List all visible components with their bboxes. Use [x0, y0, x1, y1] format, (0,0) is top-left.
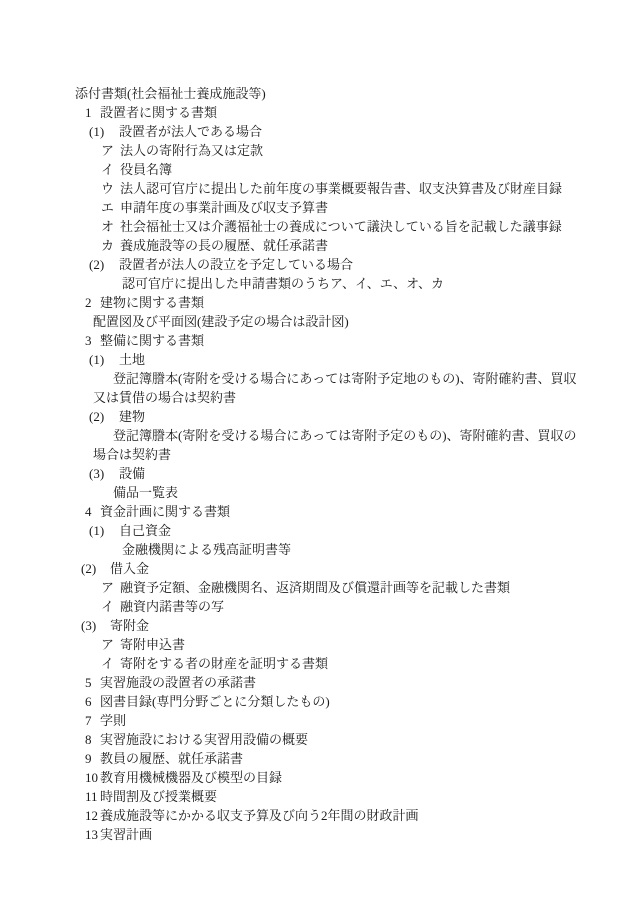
line-marker: イ: [101, 597, 120, 616]
line-text: 実習計画: [100, 825, 152, 844]
document-line: 配置図及び平面図(建設予定の場合は設計図): [0, 312, 630, 331]
line-text: 時間割及び授業概要: [100, 787, 217, 806]
document-lines: 添付書類(社会福祉士養成施設等)1設置者に関する書類(1)設置者が法人である場合…: [0, 84, 630, 844]
document-line: 5実習施設の設置者の承諾書: [0, 673, 630, 692]
line-marker: (2): [89, 255, 119, 274]
document-line: (2)設置者が法人の設立を予定している場合: [0, 255, 630, 274]
line-marker: イ: [101, 654, 120, 673]
line-text: 整備に関する書類: [100, 331, 204, 350]
document-line: 13実習計画: [0, 825, 630, 844]
document-line: 9教員の履歴、就任承諾書: [0, 749, 630, 768]
line-marker: (1): [89, 350, 119, 369]
line-marker: (3): [89, 464, 119, 483]
line-text: 建物: [119, 407, 145, 426]
line-marker: ア: [101, 578, 120, 597]
document-line: カ養成施設等の長の履歴、就任承諾書: [0, 236, 630, 255]
line-marker: 6: [85, 692, 100, 711]
document-line: 3整備に関する書類: [0, 331, 630, 350]
document-line: 場合は契約書: [0, 445, 630, 464]
line-marker: (1): [89, 122, 119, 141]
line-text: 学則: [100, 711, 126, 730]
line-text: 設置者に関する書類: [100, 103, 217, 122]
line-text: 申請年度の事業計画及び収支予算書: [120, 198, 328, 217]
line-text: 場合は契約書: [93, 445, 171, 464]
line-marker: 12: [85, 806, 100, 825]
page-title: 添付書類(社会福祉士養成施設等): [75, 84, 266, 103]
line-text: 備品一覧表: [113, 483, 178, 502]
document-line: 12養成施設等にかかる収支予算及び向う2年間の財政計画: [0, 806, 630, 825]
line-text: 自己資金: [119, 521, 171, 540]
document-line: 登記簿謄本(寄附を受ける場合にあっては寄附予定のもの)、寄附確約書、買収の: [0, 426, 630, 445]
document-line: ア融資予定額、金融機関名、返済期間及び償還計画等を記載した書類: [0, 578, 630, 597]
line-marker: 13: [85, 825, 100, 844]
line-marker: エ: [101, 198, 120, 217]
document-line: イ融資内諾書等の写: [0, 597, 630, 616]
line-marker: 2: [85, 293, 100, 312]
line-marker: (1): [89, 521, 119, 540]
line-text: 寄附申込書: [120, 635, 185, 654]
line-marker: イ: [101, 160, 120, 179]
document-line: オ社会福祉士又は介護福祉士の養成について議決している旨を記載した議事録: [0, 217, 630, 236]
line-marker: ア: [101, 141, 120, 160]
line-text: 設置者が法人である場合: [119, 122, 262, 141]
line-marker: カ: [101, 236, 120, 255]
line-text: 金融機関による残高証明書等: [122, 540, 291, 559]
line-marker: ア: [101, 635, 120, 654]
document-line: ア法人の寄附行為又は定款: [0, 141, 630, 160]
line-text: 養成施設等の長の履歴、就任承諾書: [120, 236, 328, 255]
line-text: 建物に関する書類: [100, 293, 204, 312]
line-text: 図書目録(専門分野ごとに分類したもの): [100, 692, 330, 711]
line-text: 寄附をする者の財産を証明する書類: [120, 654, 328, 673]
document-line: (2)借入金: [0, 559, 630, 578]
line-text: 養成施設等にかかる収支予算及び向う2年間の財政計画: [100, 806, 419, 825]
line-marker: 1: [85, 103, 100, 122]
line-text: 資金計画に関する書類: [100, 502, 230, 521]
line-text: 登記簿謄本(寄附を受ける場合にあっては寄附予定のもの)、寄附確約書、買収の: [113, 426, 577, 445]
line-text: 教員の履歴、就任承諾書: [100, 749, 243, 768]
document-line: 又は賃借の場合は契約書: [0, 388, 630, 407]
line-text: 登記簿謄本(寄附を受ける場合にあっては寄附予定地のもの)、寄附確約書、買収: [113, 369, 577, 388]
document-line: 4資金計画に関する書類: [0, 502, 630, 521]
document-line: (1)設置者が法人である場合: [0, 122, 630, 141]
line-marker: ウ: [101, 179, 120, 198]
document-line: 金融機関による残高証明書等: [0, 540, 630, 559]
document-line: 8実習施設における実習用設備の概要: [0, 730, 630, 749]
line-marker: 9: [85, 749, 100, 768]
line-marker: (3): [81, 616, 110, 635]
line-text: 設備: [119, 464, 145, 483]
document-line: 登記簿謄本(寄附を受ける場合にあっては寄附予定地のもの)、寄附確約書、買収: [0, 369, 630, 388]
line-marker: 7: [85, 711, 100, 730]
document-line: (3)設備: [0, 464, 630, 483]
document-line: 備品一覧表: [0, 483, 630, 502]
line-text: 教育用機械機器及び模型の目録: [100, 768, 282, 787]
line-text: 融資予定額、金融機関名、返済期間及び償還計画等を記載した書類: [120, 578, 510, 597]
document-line: ア寄附申込書: [0, 635, 630, 654]
document-line: (1)自己資金: [0, 521, 630, 540]
document-line: ウ法人認可官庁に提出した前年度の事業概要報告書、収支決算書及び財産目録: [0, 179, 630, 198]
line-marker: (2): [89, 407, 119, 426]
line-text: 融資内諾書等の写: [120, 597, 224, 616]
line-marker: 8: [85, 730, 100, 749]
document-line: 認可官庁に提出した申請書類のうちア、イ、エ、オ、カ: [0, 274, 630, 293]
line-marker: 10: [85, 768, 100, 787]
document-line: (2)建物: [0, 407, 630, 426]
document-line: イ寄附をする者の財産を証明する書類: [0, 654, 630, 673]
line-text: 寄附金: [110, 616, 149, 635]
document-line: (1)土地: [0, 350, 630, 369]
line-text: 社会福祉士又は介護福祉士の養成について議決している旨を記載した議事録: [120, 217, 562, 236]
line-marker: 11: [85, 787, 100, 806]
line-text: 役員名簿: [120, 160, 172, 179]
line-marker: 3: [85, 331, 100, 350]
document-line: 7学則: [0, 711, 630, 730]
line-text: 土地: [119, 350, 145, 369]
document-page: 添付書類(社会福祉士養成施設等)1設置者に関する書類(1)設置者が法人である場合…: [0, 0, 630, 916]
document-line: 11時間割及び授業概要: [0, 787, 630, 806]
document-line: (3)寄附金: [0, 616, 630, 635]
document-line: イ役員名簿: [0, 160, 630, 179]
document-line: 添付書類(社会福祉士養成施設等): [0, 84, 630, 103]
line-text: 実習施設の設置者の承諾書: [100, 673, 256, 692]
document-line: エ申請年度の事業計画及び収支予算書: [0, 198, 630, 217]
document-line: 2建物に関する書類: [0, 293, 630, 312]
document-line: 10教育用機械機器及び模型の目録: [0, 768, 630, 787]
line-marker: オ: [101, 217, 120, 236]
line-marker: 4: [85, 502, 100, 521]
line-text: 借入金: [110, 559, 149, 578]
line-text: 法人の寄附行為又は定款: [120, 141, 263, 160]
line-text: 法人認可官庁に提出した前年度の事業概要報告書、収支決算書及び財産目録: [120, 179, 562, 198]
line-text: 認可官庁に提出した申請書類のうちア、イ、エ、オ、カ: [122, 274, 444, 293]
line-marker: (2): [81, 559, 110, 578]
line-text: 又は賃借の場合は契約書: [93, 388, 236, 407]
line-marker: 5: [85, 673, 100, 692]
line-text: 設置者が法人の設立を予定している場合: [119, 255, 353, 274]
document-line: 6図書目録(専門分野ごとに分類したもの): [0, 692, 630, 711]
line-text: 配置図及び平面図(建設予定の場合は設計図): [93, 312, 349, 331]
line-text: 実習施設における実習用設備の概要: [100, 730, 308, 749]
document-line: 1設置者に関する書類: [0, 103, 630, 122]
